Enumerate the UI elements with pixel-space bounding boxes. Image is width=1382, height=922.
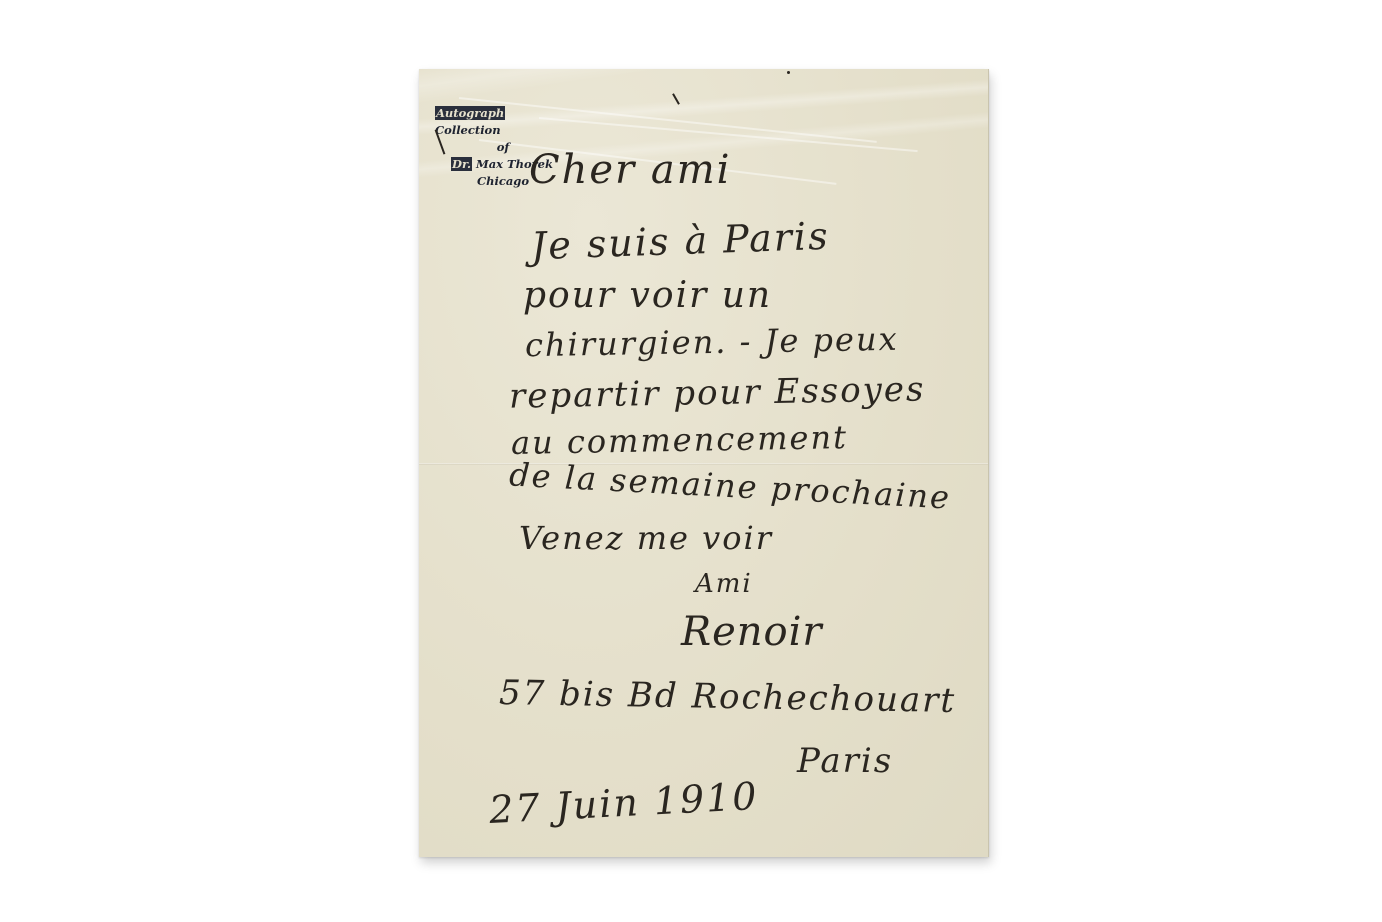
letter-closing: Ami xyxy=(695,569,753,599)
letter-line-3: chirurgien. - Je peux xyxy=(525,320,899,365)
letter-line-5: au commencement xyxy=(511,418,849,462)
stamp-word-autograph: Autograph xyxy=(435,106,505,120)
city-line: Paris xyxy=(797,741,893,781)
stamp-word-dr: Dr. xyxy=(451,157,472,171)
letter-line-2: pour voir un xyxy=(523,275,772,316)
letter-line-7: Venez me voir xyxy=(519,519,773,557)
ink-mark xyxy=(672,93,680,104)
ink-dot xyxy=(787,71,790,74)
letter-line-4: repartir pour Essoyes xyxy=(509,369,926,416)
address-line: 57 bis Bd Rochechouart xyxy=(499,673,957,721)
stamp-word-collection: Collection xyxy=(435,123,501,137)
date-line: 27 Juin 1910 xyxy=(488,774,759,832)
letter-line-1: Je suis à Paris xyxy=(530,214,830,268)
letter-sheet: Autograph Collection of Dr. Max Thorek C… xyxy=(419,69,989,857)
signature: Renoir xyxy=(681,609,823,655)
salutation: Cher ami xyxy=(529,147,731,193)
